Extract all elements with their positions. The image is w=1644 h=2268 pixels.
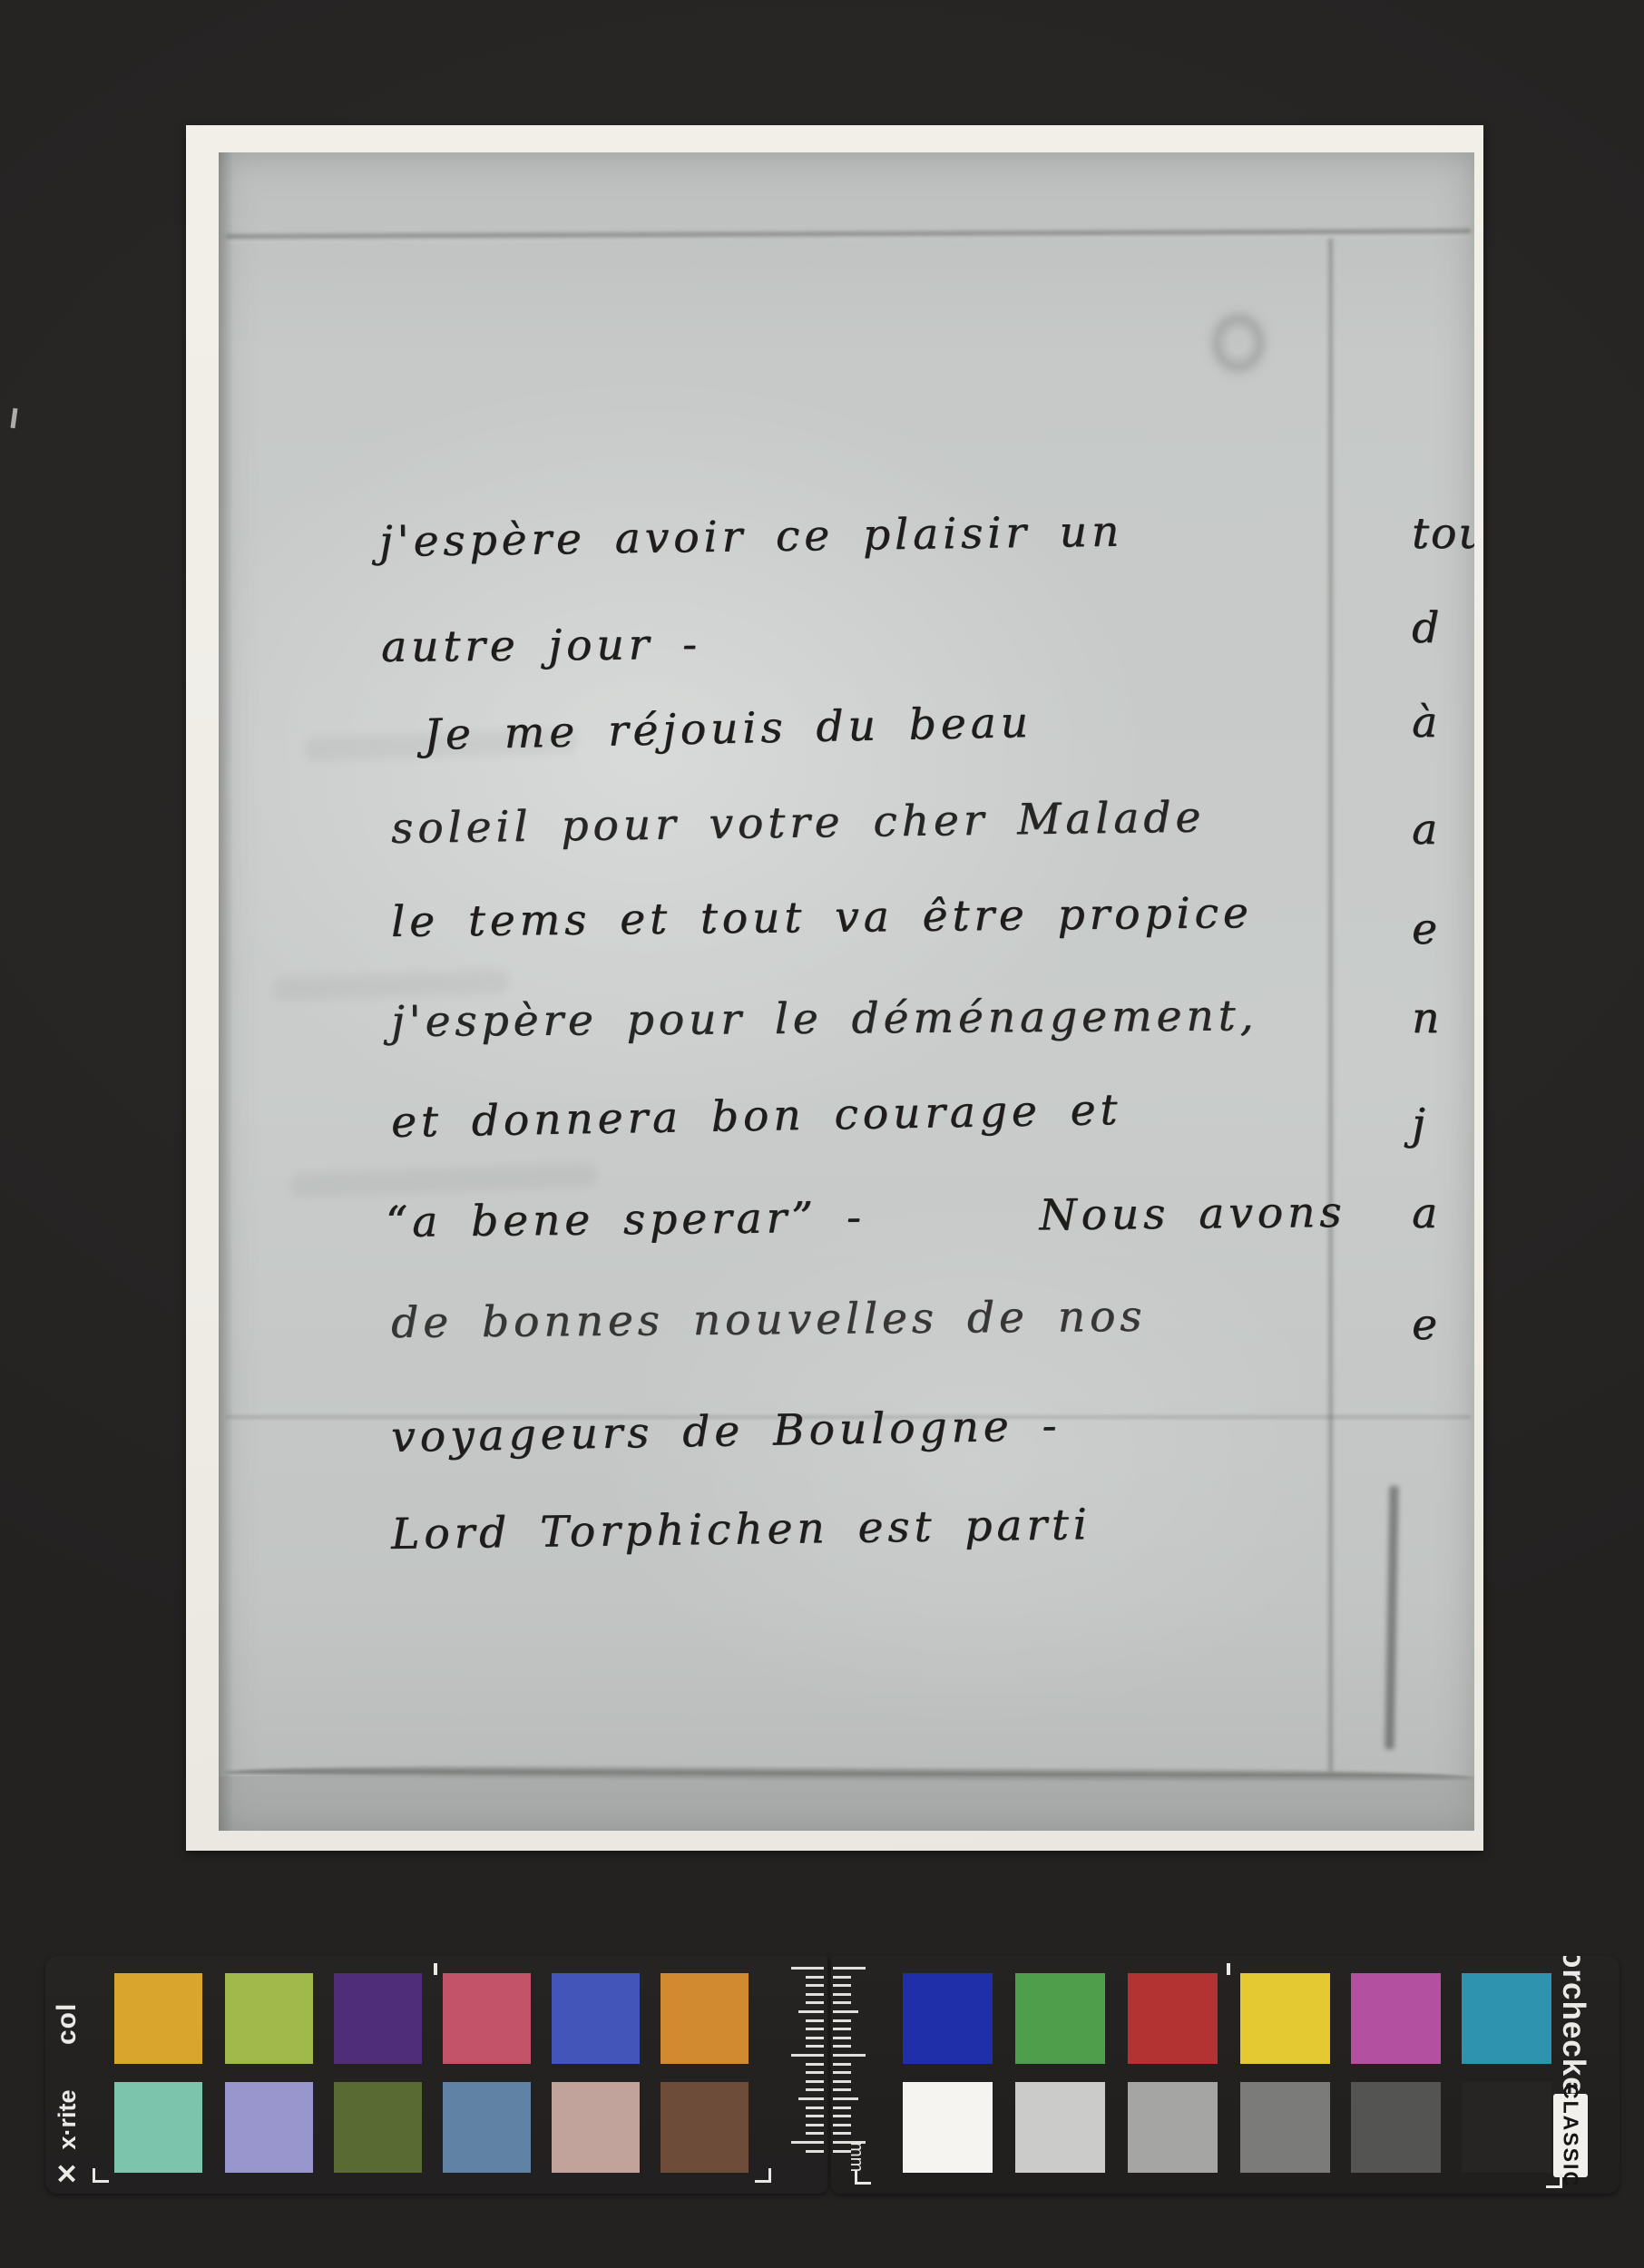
color-patch (114, 2082, 202, 2173)
letter-line: voyageurs de Boulogne - (391, 1401, 1062, 1462)
margin-fragment: a (1412, 1188, 1439, 1238)
margin-fragment: tou (1412, 509, 1474, 559)
crop-corner-mark (855, 2170, 871, 2185)
ruler-tick (806, 1984, 824, 1987)
color-patch (552, 1973, 640, 2064)
margin-fragment: à (1412, 698, 1439, 748)
letter-line: le tems et tout va être propice (391, 888, 1253, 947)
crop-corner-mark (1546, 2174, 1562, 2188)
ruler-tick (791, 2054, 824, 2057)
ruler-tick (806, 2088, 824, 2091)
crop-corner-mark (93, 2168, 109, 2183)
margin-fragment: a (1412, 805, 1439, 855)
color-patch (334, 1973, 422, 2064)
ruler-tick (833, 2045, 851, 2048)
letter-line: Lord Torphichen est parti (391, 1500, 1091, 1559)
letter-line: de bonnes nouvelles de nos (391, 1292, 1147, 1348)
ruler-tick (806, 2037, 824, 2039)
ruler-tick (798, 2097, 824, 2100)
ruler-tick (806, 2045, 824, 2048)
margin-fragment: d (1412, 603, 1441, 653)
index-tick (1227, 1963, 1230, 1975)
xrite-logo-icon: ✕ (52, 2156, 82, 2188)
classic-label: CLASSIC (1559, 2084, 1583, 2188)
color-patch (1462, 2082, 1551, 2173)
embossed-stamp (1199, 299, 1277, 386)
letter-line: et donnera bon courage et (391, 1085, 1122, 1148)
color-patch (903, 1973, 993, 2064)
photo-print: j'espère avoir ce plaisir unautre jour -… (186, 125, 1483, 1851)
letter-line: Je me réjouis du beau (423, 698, 1032, 760)
colorchecker-left-card: col ✕ x·rite (45, 1956, 827, 2194)
color-patch (1240, 1973, 1330, 2064)
xrite-label: x·rite (54, 2089, 81, 2149)
ruler-tick (798, 2010, 824, 2013)
margin-fragment: e (1412, 1300, 1439, 1350)
photographed-letter-with-colorchecker: j'espère avoir ce plaisir unautre jour -… (0, 0, 1644, 2268)
ruler-tick (806, 2132, 824, 2135)
letter-line: “a bene sperar” - Nous avons (386, 1188, 1346, 1247)
ruler-tick (806, 2028, 824, 2030)
ruler-tick (833, 1984, 851, 1987)
ruler-tick (833, 1993, 851, 1996)
ruler-tick (833, 2054, 866, 2057)
margin-fragment: e (1412, 904, 1439, 954)
ruler-tick (791, 1967, 824, 1970)
color-patch (114, 1973, 202, 2064)
ruler-tick (806, 1976, 824, 1979)
ruler-tick (806, 2001, 824, 2004)
ruler-tick (806, 2124, 824, 2126)
margin-fragment: j (1412, 1100, 1427, 1149)
color-patch (903, 2082, 993, 2173)
ruler-tick (833, 2088, 851, 2091)
ruler-tick (833, 2071, 851, 2074)
fold-crease-vertical (1327, 239, 1334, 1772)
color-patch (443, 2082, 531, 2173)
colorchecker-wordmark-fragment: col (52, 1956, 83, 2045)
ruler-tick (806, 2080, 824, 2083)
color-patch (334, 2082, 422, 2173)
color-patch (1128, 1973, 1218, 2064)
ruler-tick (833, 1976, 851, 1979)
ruler-tick (806, 1993, 824, 1996)
ruler-tick (806, 2019, 824, 2022)
colorchecker-right-card: orchecker CLASSIC mm (831, 1956, 1620, 2194)
letter-line: j'espère pour le déménagement, (391, 991, 1258, 1047)
color-patch (1128, 2082, 1218, 2173)
color-patch (661, 2082, 749, 2173)
color-patch (552, 2082, 640, 2173)
classic-badge: CLASSIC (1553, 2094, 1588, 2177)
color-patch (661, 1973, 749, 2064)
ghost-writing (289, 1163, 599, 1198)
ruler-tick (806, 2063, 824, 2066)
ruler-tick (833, 2115, 851, 2117)
letter-line: j'espère avoir ce plaisir un (379, 507, 1124, 567)
ruler-tick (833, 2132, 851, 2135)
color-patch (1015, 2082, 1105, 2173)
color-patch (1351, 1973, 1441, 2064)
letter-line: autre jour - (381, 620, 701, 672)
color-patch (443, 1973, 531, 2064)
ruler-tick (833, 2019, 851, 2022)
ruler-tick (833, 2010, 858, 2013)
ruler-tick (791, 2141, 824, 2144)
ink-shadow-streak (1385, 1486, 1398, 1749)
ruler-tick (833, 2037, 851, 2039)
page-left-edge-shadow (219, 152, 233, 1831)
ruler-tick (806, 2107, 824, 2109)
fold-crease-top (226, 228, 1471, 241)
backing-below-page (219, 1776, 1474, 1831)
ruler-tick (833, 2063, 851, 2066)
ruler-tick (833, 2080, 851, 2083)
ruler-tick (833, 2097, 858, 2100)
color-patch (225, 1973, 313, 2064)
ruler-tick (806, 2150, 824, 2153)
ruler-tick (833, 1967, 866, 1970)
ruler-tick (833, 2107, 851, 2109)
ruler-tick (806, 2115, 824, 2117)
color-patch (1240, 2082, 1330, 2173)
ruler-unit-label: mm (846, 2142, 866, 2172)
color-patch (1351, 2082, 1441, 2173)
ruler-tick (833, 2028, 851, 2030)
letter-line: soleil pour votre cher Malade (391, 792, 1206, 854)
color-patch (1462, 1973, 1551, 2064)
xrite-brand: ✕ x·rite (51, 2070, 83, 2188)
ruler-tick (833, 2001, 851, 2004)
crop-corner-mark (755, 2168, 771, 2183)
margin-fragment: n (1412, 993, 1441, 1043)
color-patch (1015, 1973, 1105, 2064)
mat-scratch (10, 408, 17, 428)
ruler-tick (833, 2124, 851, 2126)
ruler-tick (806, 2071, 824, 2074)
color-patch (225, 2082, 313, 2173)
letter-page: j'espère avoir ce plaisir unautre jour -… (219, 152, 1474, 1831)
index-tick (434, 1963, 437, 1975)
